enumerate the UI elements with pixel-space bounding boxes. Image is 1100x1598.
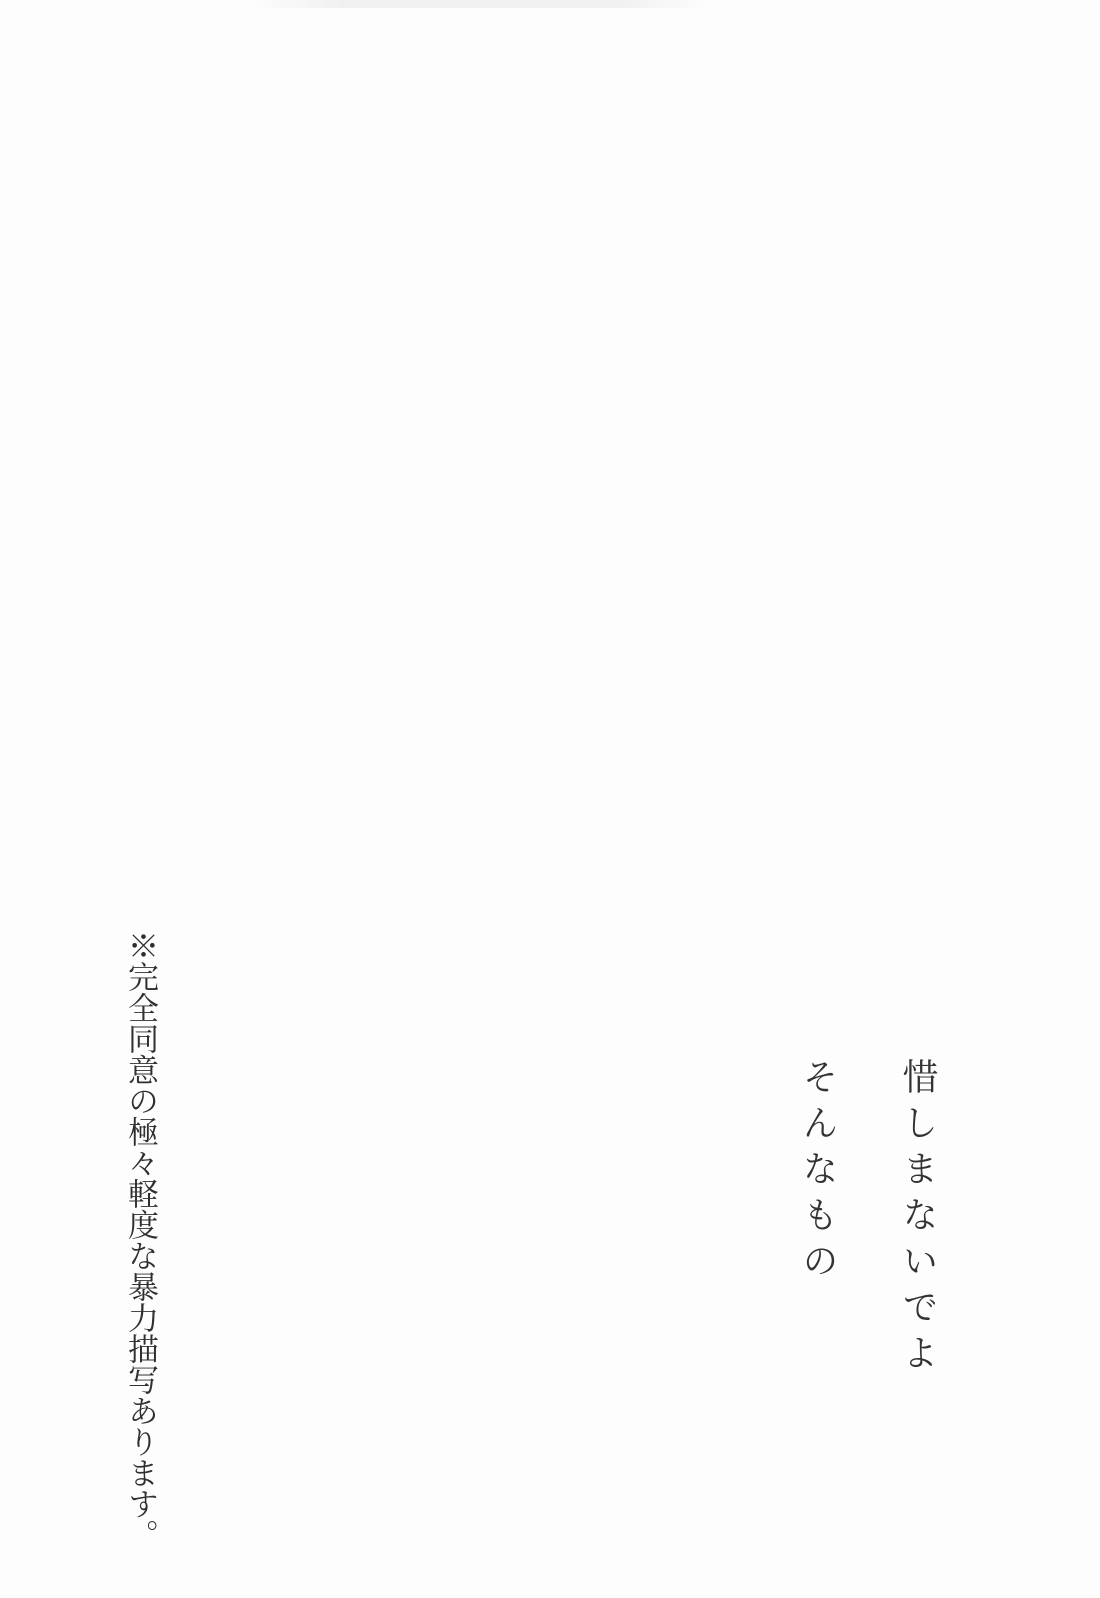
document-page: 惜しまないでよ そんなもの ※完全同意の極々軽度な暴力描写あります。 [0, 0, 1100, 1598]
scan-bleed-through [250, 0, 710, 8]
title-line-2: そんなもの [792, 1058, 843, 1288]
title-line-1: 惜しまないでよ [892, 1058, 943, 1380]
content-warning-note: ※完全同意の極々軽度な暴力描写あります。 [124, 930, 155, 1550]
